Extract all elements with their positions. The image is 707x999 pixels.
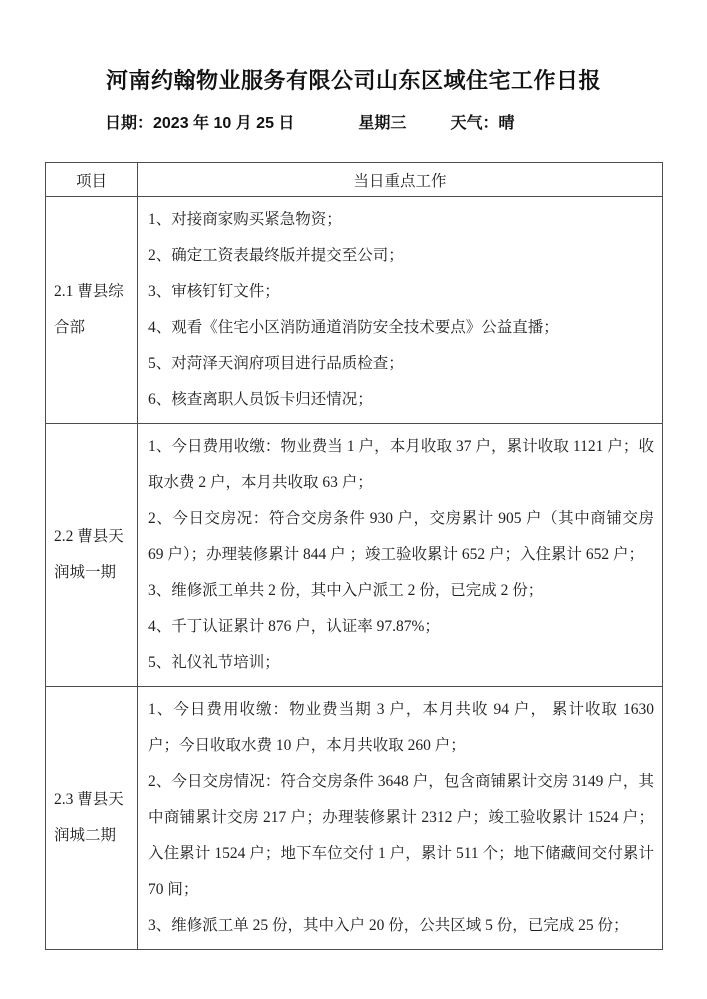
work-item: 1、今日费用收缴：物业费当 1 户，本月收取 37 户，累计收取 1121 户；… [148,429,654,501]
work-item: 1、今日费用收缴：物业费当期 3 户，本月共收 94 户， 累计收取 1630 … [148,692,654,764]
weekday-text: 星期三 [358,110,406,133]
weather-text: 天气：晴 [450,110,514,133]
page-title: 河南约翰物业服务有限公司山东区域住宅工作日报 [0,0,707,95]
table-body: 2.1 曹县综合部1、对接商家购买紧急物资；2、确定工资表最终版并提交至公司；3… [46,197,663,950]
work-item: 2、确定工资表最终版并提交至公司； [148,238,654,274]
table-row: 2.2 曹县天润城一期1、今日费用收缴：物业费当 1 户，本月收取 37 户，累… [46,424,663,687]
meta-line: 日期：2023 年 10 月 25 日 星期三 天气：晴 [0,110,707,133]
date-text: 日期：2023 年 10 月 25 日 [105,110,294,133]
report-table: 项目 当日重点工作 2.1 曹县综合部1、对接商家购买紧急物资；2、确定工资表最… [45,162,663,950]
project-cell: 2.1 曹县综合部 [46,197,138,424]
work-item: 3、审核钉钉文件； [148,274,654,310]
work-item: 1、对接商家购买紧急物资； [148,202,654,238]
work-cell: 1、对接商家购买紧急物资；2、确定工资表最终版并提交至公司；3、审核钉钉文件；4… [138,197,663,424]
table-row: 2.3 曹县天润城二期1、今日费用收缴：物业费当期 3 户，本月共收 94 户，… [46,687,663,950]
project-cell: 2.3 曹县天润城二期 [46,687,138,950]
work-item: 3、维修派工单 25 份，其中入户 20 份，公共区域 5 份，已完成 25 份… [148,908,654,944]
work-item: 4、观看《住宅小区消防通道消防安全技术要点》公益直播； [148,310,654,346]
table-row: 2.1 曹县综合部1、对接商家购买紧急物资；2、确定工资表最终版并提交至公司；3… [46,197,663,424]
project-cell: 2.2 曹县天润城一期 [46,424,138,687]
work-item: 5、礼仪礼节培训； [148,645,654,681]
work-item: 6、核查离职人员饭卡归还情况； [148,382,654,418]
header-cell-daily-work: 当日重点工作 [138,163,663,197]
table-head: 项目 当日重点工作 [46,163,663,197]
work-item: 4、千丁认证累计 876 户，认证率 97.87%； [148,609,654,645]
work-cell: 1、今日费用收缴：物业费当期 3 户，本月共收 94 户， 累计收取 1630 … [138,687,663,950]
work-cell: 1、今日费用收缴：物业费当 1 户，本月收取 37 户，累计收取 1121 户；… [138,424,663,687]
work-item: 2、今日交房况：符合交房条件 930 户，交房累计 905 户（其中商铺交房 6… [148,501,654,573]
work-item: 2、今日交房情况：符合交房条件 3648 户，包含商铺累计交房 3149 户，其… [148,764,654,908]
header-cell-project: 项目 [46,163,138,197]
table-header-row: 项目 当日重点工作 [46,163,663,197]
work-item: 3、维修派工单共 2 份，其中入户派工 2 份，已完成 2 份； [148,573,654,609]
work-item: 5、对菏泽天润府项目进行品质检查； [148,346,654,382]
document-page: 河南约翰物业服务有限公司山东区域住宅工作日报 日期：2023 年 10 月 25… [0,0,707,999]
